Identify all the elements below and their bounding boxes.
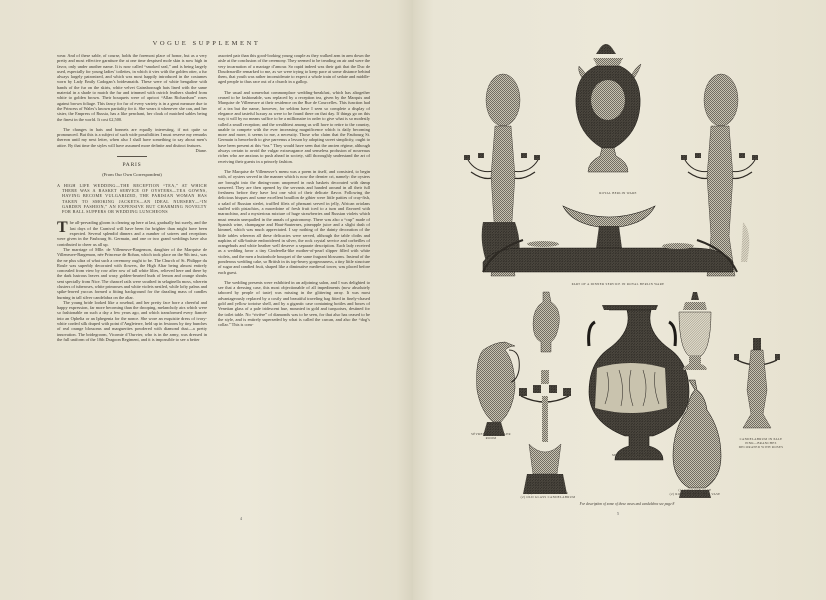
left-candelabrum-illustration xyxy=(464,74,540,276)
caption-doulton-vase: (1) Doulton Vase (2) Royal Worcester Vas… xyxy=(667,488,723,496)
column-2: assorted pair than this good-looking you… xyxy=(218,53,370,328)
drop-cap: T xyxy=(57,221,68,234)
page-number: 4 xyxy=(240,516,242,521)
paragraph-menu: The Marquise de Villeneuve’s menu was a … xyxy=(218,169,370,275)
paragraph-bride: The young bride looked like a rosebud, a… xyxy=(57,300,207,342)
dinner-service-centerpiece-illustration xyxy=(483,206,737,272)
glass-candelabrum-illustration xyxy=(519,292,571,494)
paragraph-gloom: The all-pervading gloom is clearing up h… xyxy=(57,220,207,246)
section-title: PARIS xyxy=(57,163,207,168)
left-page: VOGUE SUPPLEMENT wear. And of these sabl… xyxy=(0,0,413,600)
pink-candelabrum-illustration xyxy=(734,338,780,428)
paragraph-presents: The wedding presents were exhibited in a… xyxy=(218,280,370,328)
footnote: For description of some of these vases a… xyxy=(552,502,702,506)
right-page: Royal Berlin Ware Part of a Dinner Servi… xyxy=(413,0,826,600)
byline: (From Our Own Correspondent) xyxy=(57,172,207,177)
caption-royal-berlin-vase: Royal Berlin Ware xyxy=(583,191,653,195)
article-subhead: A High Life Wedding—The Reception “Tea,”… xyxy=(57,183,207,215)
column-1: wear. And of these sable, of course, hol… xyxy=(57,53,207,342)
paragraph-reception: The usual and somewhat commonplace weddi… xyxy=(218,90,370,164)
section-divider xyxy=(117,156,147,157)
paragraph-couple: assorted pair than this good-looking you… xyxy=(218,53,370,85)
caption-dinner-service: Part of a Dinner Service in Royal Berlin… xyxy=(543,282,693,286)
caption-candelabrum-right: Candelabrum in Pale Pink—Branches Decora… xyxy=(735,437,787,449)
paragraph-fur: wear. And of these sable, of course, hol… xyxy=(57,53,207,122)
illustrations xyxy=(413,0,826,600)
caption-minton-vase: Minton Pate sur Pate xyxy=(603,453,663,457)
sevres-vase-illustration xyxy=(477,342,520,436)
running-head: VOGUE SUPPLEMENT xyxy=(0,40,413,47)
signature: Diane. xyxy=(190,148,207,153)
minton-vase-illustration xyxy=(589,305,689,460)
paragraph-hats: The changes in hats and bonnets are equa… xyxy=(57,127,207,148)
paragraph-marriage: The marriage of Mlle. de Villeneuve-Barg… xyxy=(57,247,207,300)
caption-candelabrum-left: (1) Royal Worcester (2) Old Glass Candel… xyxy=(513,491,583,499)
royal-berlin-vase-illustration xyxy=(576,44,641,172)
royal-worcester-urn-illustration xyxy=(679,292,711,370)
caption-sevres-vase: Sèvres Vase Sitzler Room xyxy=(471,432,511,440)
page-number: 5 xyxy=(617,511,619,516)
